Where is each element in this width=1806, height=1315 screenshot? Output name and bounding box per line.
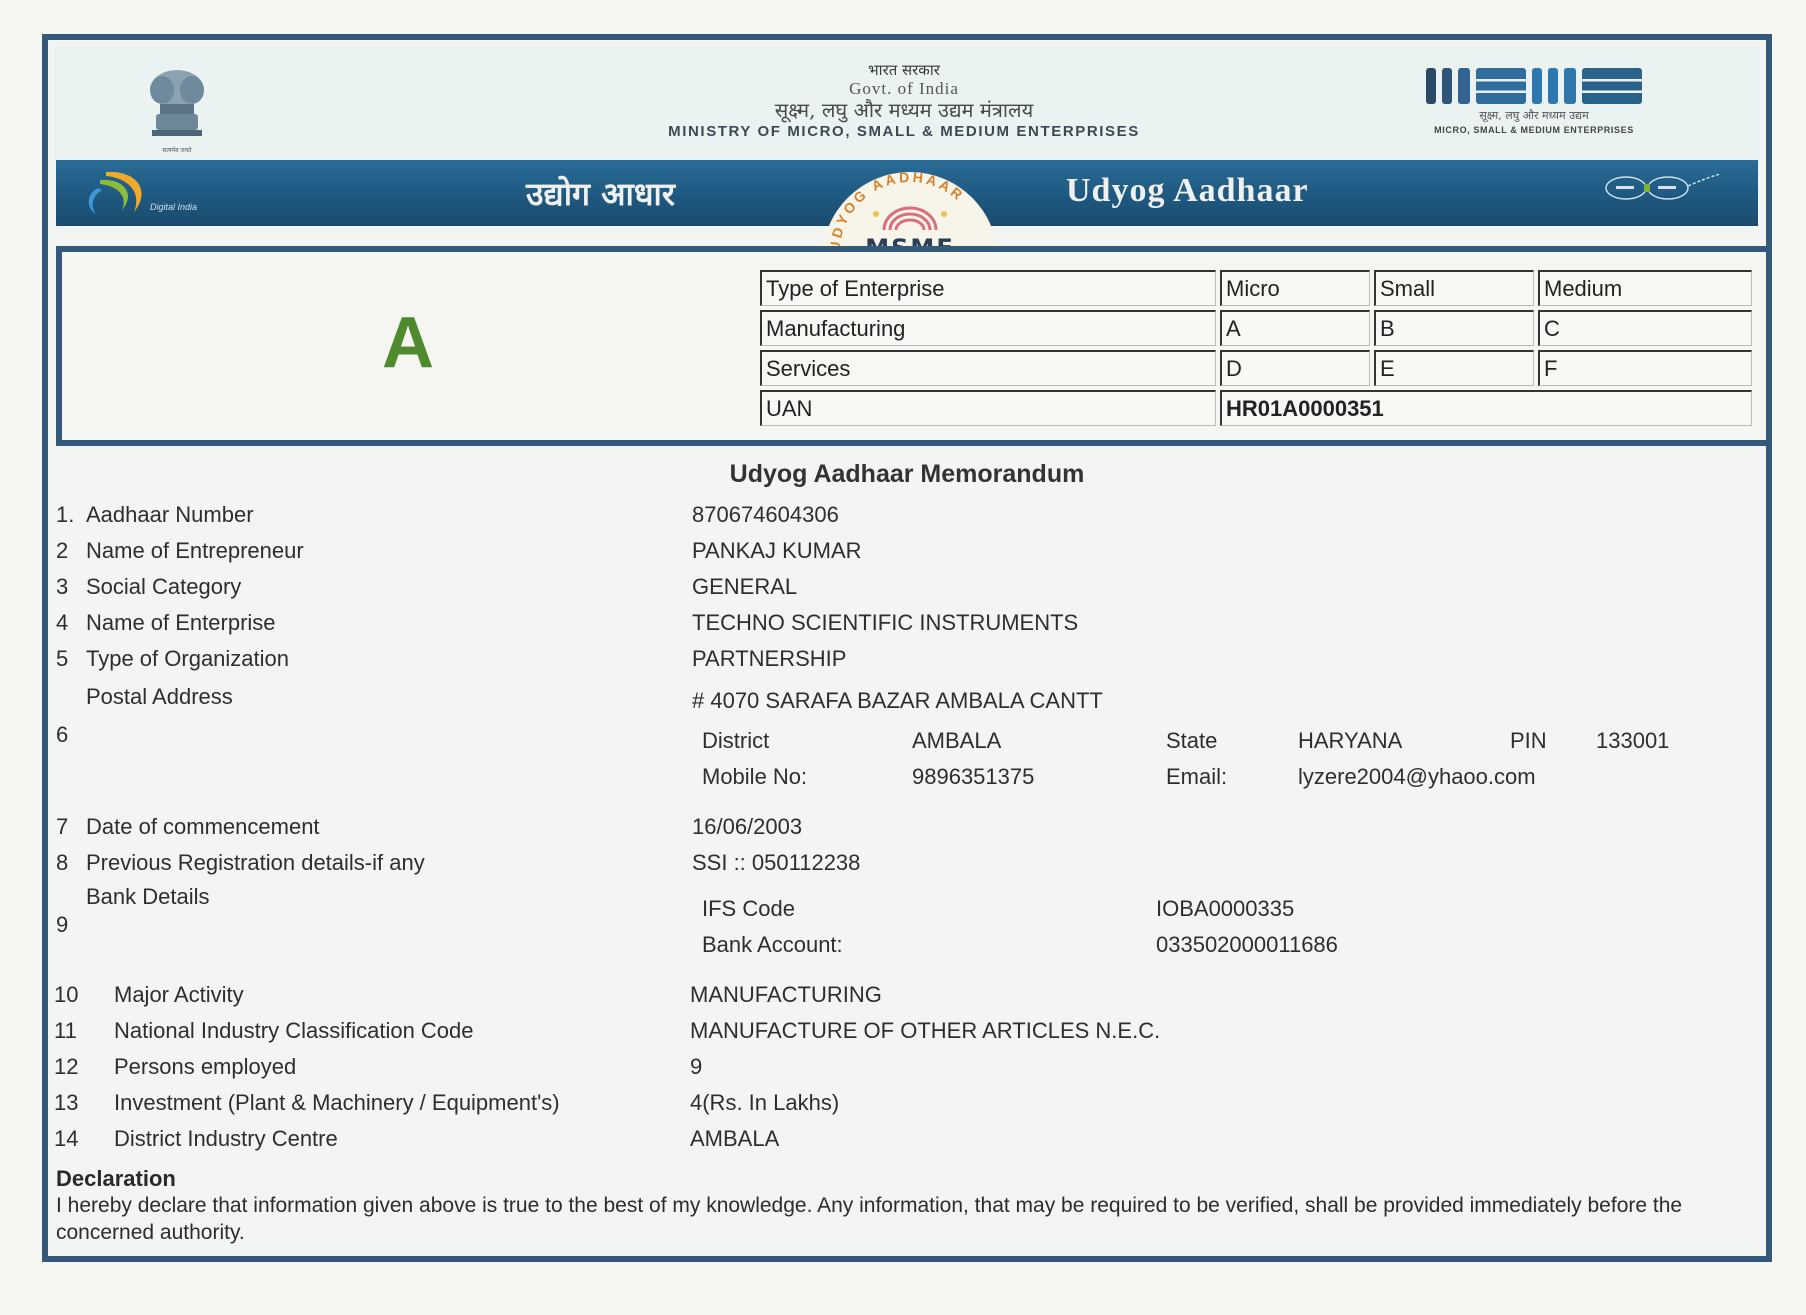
field-number: 5: [56, 646, 68, 672]
memorandum-field: 1.Aadhaar Number870674604306: [48, 502, 1748, 532]
table-cell: Medium: [1538, 270, 1752, 306]
declaration-text: I hereby declare that information given …: [56, 1192, 1756, 1246]
digital-india-logo-icon: Digital India: [76, 166, 236, 220]
field-label: Type of Organization: [86, 646, 289, 672]
field-number: 13: [54, 1090, 78, 1116]
ifs-label: IFS Code: [702, 896, 795, 922]
field-value: PANKAJ KUMAR: [692, 538, 862, 564]
field-value: MANUFACTURE OF OTHER ARTICLES N.E.C.: [690, 1018, 1160, 1044]
memorandum-field: 3Social CategoryGENERAL: [48, 574, 1748, 604]
field-number: 12: [54, 1054, 78, 1080]
field-value: 870674604306: [692, 502, 839, 528]
swachh-bharat-logo-icon: [1596, 170, 1726, 216]
field-label: Postal Address: [86, 684, 233, 710]
field-label: Investment (Plant & Machinery / Equipmen…: [114, 1090, 560, 1116]
table-row: Services D E F: [760, 350, 1752, 386]
field-number: 11: [54, 1018, 77, 1044]
enterprise-category-letter: A: [382, 302, 434, 384]
state-label: State: [1166, 728, 1217, 754]
district-value: AMBALA: [912, 728, 1001, 754]
field-number: 14: [54, 1126, 78, 1152]
memorandum-field: 14District Industry CentreAMBALA: [48, 1126, 1748, 1156]
memorandum-field: 7Date of commencement16/06/2003: [48, 814, 1748, 844]
udyog-aadhaar-msme-badge-icon: UDYOG AADHAAR MSME: [810, 160, 1010, 260]
banner-title-hindi: उद्योग आधार: [526, 172, 675, 215]
district-label: District: [702, 728, 769, 754]
field-value: 4(Rs. In Lakhs): [690, 1090, 839, 1116]
field-label: Social Category: [86, 574, 241, 600]
ministry-english-title: MINISTRY OF MICRO, SMALL & MEDIUM ENTERP…: [554, 122, 1254, 142]
field-number: 1.: [56, 502, 74, 528]
table-cell: A: [1220, 310, 1370, 346]
uan-label: UAN: [760, 390, 1216, 426]
field-label: Previous Registration details-if any: [86, 850, 425, 876]
ministry-header: सत्यमेव जयते भारत सरकार Govt. of India स…: [54, 46, 1760, 161]
memorandum-field: 11National Industry Classification CodeM…: [48, 1018, 1748, 1048]
bank-account-value: 033502000011686: [1156, 932, 1338, 958]
uan-row: UAN HR01A0000351: [760, 390, 1752, 426]
emblem-caption: सत्यमेव जयते: [132, 146, 222, 154]
memorandum-field: 5Type of OrganizationPARTNERSHIP: [48, 646, 1748, 676]
ministry-hindi-title: सूक्ष्म, लघु और मध्यम उद्यम मंत्रालय: [554, 98, 1254, 122]
memorandum-title: Udyog Aadhaar Memorandum: [48, 460, 1766, 489]
gov-english-title: Govt. of India: [554, 79, 1254, 98]
banner-title-english: Udyog Aadhaar: [1066, 172, 1309, 210]
field-value: MANUFACTURING: [690, 982, 882, 1008]
declaration-title: Declaration: [56, 1166, 176, 1192]
pin-value: 133001: [1596, 728, 1669, 754]
memorandum-field: 12Persons employed9: [48, 1054, 1748, 1084]
table-row: Manufacturing A B C: [760, 310, 1752, 346]
field-label: Name of Enterprise: [86, 610, 276, 636]
memorandum-field: 8Previous Registration details-if anySSI…: [48, 850, 1748, 880]
table-cell: Manufacturing: [760, 310, 1216, 346]
field-label: Major Activity: [114, 982, 244, 1008]
memorandum-field: 13Investment (Plant & Machinery / Equipm…: [48, 1090, 1748, 1120]
enterprise-classification-box: A Type of Enterprise Micro Small Medium …: [56, 246, 1772, 446]
field-number: 6: [56, 722, 68, 748]
table-cell: Services: [760, 350, 1216, 386]
digital-india-label: Digital India: [150, 202, 197, 212]
field-label: Name of Entrepreneur: [86, 538, 304, 564]
mobile-label: Mobile No:: [702, 764, 807, 790]
msme-logo-icon: [1384, 68, 1684, 104]
field-value: 16/06/2003: [692, 814, 802, 840]
table-cell: Type of Enterprise: [760, 270, 1216, 306]
table-cell: B: [1374, 310, 1534, 346]
table-header-row: Type of Enterprise Micro Small Medium: [760, 270, 1752, 306]
field-number: 9: [56, 912, 68, 938]
field-number: 4: [56, 610, 68, 636]
field-number: 10: [54, 982, 78, 1008]
field-label: District Industry Centre: [114, 1126, 338, 1152]
memorandum-field: 4Name of EnterpriseTECHNO SCIENTIFIC INS…: [48, 610, 1748, 640]
address-line: # 4070 SARAFA BAZAR AMBALA CANTT: [692, 688, 1103, 714]
table-cell: D: [1220, 350, 1370, 386]
ifs-value: IOBA0000335: [1156, 896, 1294, 922]
email-label: Email:: [1166, 764, 1227, 790]
msme-logo-english: MICRO, SMALL & MEDIUM ENTERPRISES: [1384, 125, 1684, 135]
table-cell: Micro: [1220, 270, 1370, 306]
mobile-value: 9896351375: [912, 764, 1034, 790]
field-label: Persons employed: [114, 1054, 296, 1080]
field-value: PARTNERSHIP: [692, 646, 846, 672]
table-cell: E: [1374, 350, 1534, 386]
field-label: Aadhaar Number: [86, 502, 254, 528]
field-value: TECHNO SCIENTIFIC INSTRUMENTS: [692, 610, 1078, 636]
field-label: Bank Details: [86, 884, 210, 910]
email-value: lyzere2004@yhaoo.com: [1298, 764, 1536, 790]
udyog-aadhaar-certificate: सत्यमेव जयते भारत सरकार Govt. of India स…: [42, 34, 1772, 1262]
uan-value: HR01A0000351: [1220, 390, 1752, 426]
gov-hindi-title: भारत सरकार: [554, 62, 1254, 79]
msme-logo: सूक्ष्म, लघु और मध्यम उद्यम MICRO, SMALL…: [1384, 68, 1684, 135]
memorandum-field: 10Major ActivityMANUFACTURING: [48, 982, 1748, 1012]
government-title-block: भारत सरकार Govt. of India सूक्ष्म, लघु औ…: [554, 62, 1254, 142]
msme-logo-hindi: सूक्ष्म, लघु और मध्यम उद्यम: [1384, 108, 1684, 123]
field-label: Date of commencement: [86, 814, 320, 840]
field-number: 3: [56, 574, 68, 600]
field-value: AMBALA: [690, 1126, 779, 1152]
table-cell: C: [1538, 310, 1752, 346]
field-value: 9: [690, 1054, 702, 1080]
state-value: HARYANA: [1298, 728, 1402, 754]
enterprise-type-table: Type of Enterprise Micro Small Medium Ma…: [756, 266, 1756, 430]
postal-address-field: Postal Address # 4070 SARAFA BAZAR AMBAL…: [48, 684, 1748, 824]
table-cell: Small: [1374, 270, 1534, 306]
field-label: National Industry Classification Code: [114, 1018, 474, 1044]
field-value: SSI :: 050112238: [692, 850, 860, 876]
field-value: GENERAL: [692, 574, 797, 600]
bank-account-label: Bank Account:: [702, 932, 843, 958]
pin-label: PIN: [1510, 728, 1547, 754]
field-number: 2: [56, 538, 68, 564]
table-cell: F: [1538, 350, 1752, 386]
memorandum-field: 2Name of EntrepreneurPANKAJ KUMAR: [48, 538, 1748, 568]
field-number: 8: [56, 850, 68, 876]
field-number: 7: [56, 814, 68, 840]
national-emblem-icon: सत्यमेव जयते: [132, 66, 222, 150]
